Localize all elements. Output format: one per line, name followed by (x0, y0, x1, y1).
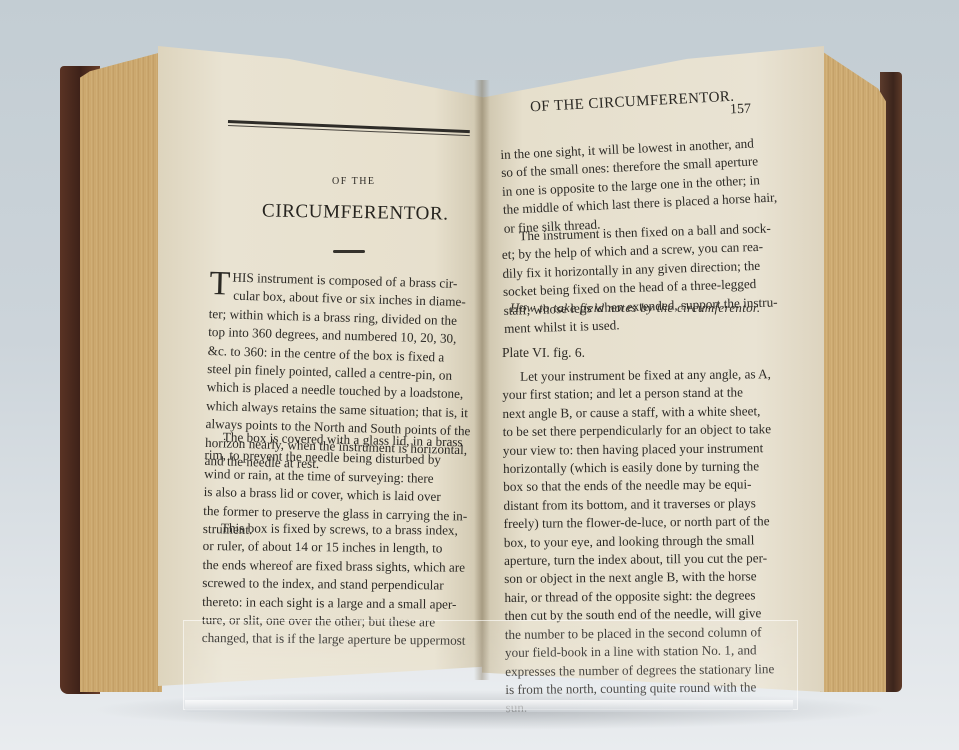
right-paragraph-2: The instrument is then fixed on a ball a… (501, 219, 778, 338)
page-edges-left (80, 52, 162, 692)
acrylic-book-stand (183, 620, 798, 710)
ornament-divider (333, 250, 365, 253)
text-line: screwed to the index, and stand perpendi… (202, 574, 466, 595)
acrylic-stand-lip (185, 700, 793, 712)
chapter-prefix: OF THE (332, 176, 376, 187)
book-gutter (474, 80, 490, 680)
section-subheading: How to take field notes by the circumfer… (510, 300, 760, 316)
plate-reference: Plate VI. fig. 6. (502, 345, 585, 361)
drop-cap: T (209, 269, 231, 300)
text-line: or ruler, of about 14 or 15 inches in le… (203, 537, 467, 558)
page-edges-right (820, 50, 886, 692)
text-line: freely) turn the flower-de-luce, or nort… (504, 512, 773, 533)
chapter-title: CIRCUMFERENTOR. (262, 200, 449, 225)
text-line: to be set there perpendicularly for an o… (503, 420, 772, 441)
page-number: 157 (730, 102, 752, 119)
